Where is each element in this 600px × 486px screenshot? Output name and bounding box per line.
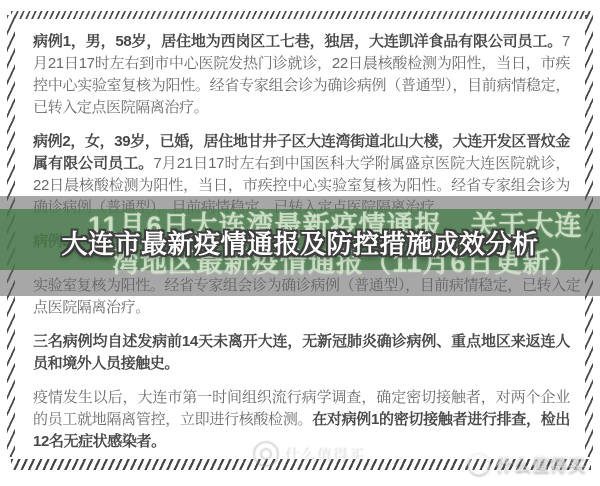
paragraph-case1: 病例1，男，58岁，居住地为西岗区工七巷，独居，大连凯洋食品有限公司员工。7月2…	[33, 31, 570, 119]
corner-watermark: 什么值得买	[468, 451, 586, 476]
hatched-border-top	[11, 11, 591, 19]
center-watermark: 什么值得买	[253, 441, 365, 467]
center-watermark-text: 什么值得买	[285, 444, 365, 465]
watermark-logo-icon	[468, 453, 490, 475]
corner-watermark-text: 什么值得买	[496, 451, 586, 476]
watermark-logo-icon	[253, 441, 279, 467]
headline-overlay: 11月6日大连湾最新疫情通报，关于大连 湾地区最新疫情通报（11月6日更新） 大…	[0, 196, 600, 296]
overlay-main-title: 大连市最新疫情通报及防控措施成效分析	[0, 224, 600, 261]
case3-tail-line: 点医院隔离治疗。	[33, 297, 570, 319]
case1-lead: 病例1，男，58岁，居住地为西岗区工七巷，独居，大连凯洋食品有限公司员工。	[33, 33, 562, 50]
paragraph-summary: 三名病例均自述发病前14天未离开大连，无新冠肺炎确诊病例、重点地区来返连人员和境…	[33, 331, 570, 375]
summary-lead: 三名病例均自述发病前14天未离开大连，无新冠肺炎确诊病例、重点地区来返连人员和境…	[33, 333, 570, 372]
article-page: 病例1，男，58岁，居住地为西岗区工七巷，独居，大连凯洋食品有限公司员工。7月2…	[0, 0, 600, 486]
